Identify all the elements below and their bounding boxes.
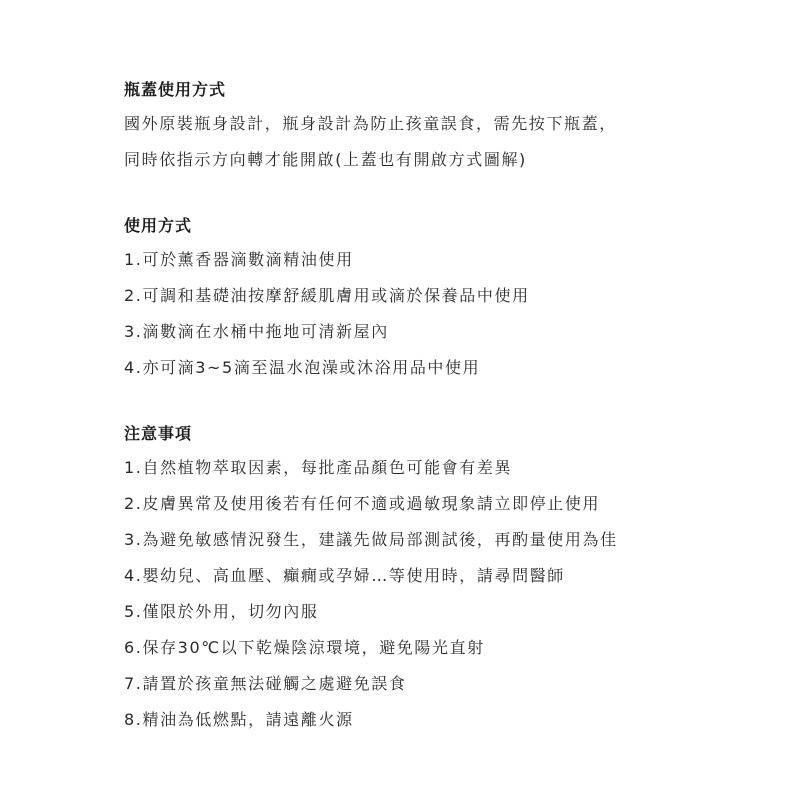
usage-item: 4.亦可滴3~5滴至温水泡澡或沐浴用品中使用 <box>124 356 744 392</box>
precaution-item: 1.自然植物萃取因素，每批產品顏色可能會有差異 <box>124 456 744 492</box>
section-precautions: 注意事項 1.自然植物萃取因素，每批產品顏色可能會有差異 2.皮膚異常及使用後若… <box>124 422 744 744</box>
section-usage: 使用方式 1.可於薰香器滴數滴精油使用 2.可調和基礎油按摩舒緩肌膚用或滴於保養… <box>124 214 744 392</box>
usage-item: 1.可於薰香器滴數滴精油使用 <box>124 248 744 284</box>
precaution-item: 3.為避免敏感情況發生，建議先做局部測試後，再酌量使用為佳 <box>124 528 744 564</box>
product-info-document: 瓶蓋使用方式 國外原裝瓶身設計，瓶身設計為防止孩童誤食，需先按下瓶蓋， 同時依指… <box>124 78 744 744</box>
precaution-item: 8.精油為低燃點，請遠離火源 <box>124 708 744 744</box>
cap-usage-line: 國外原裝瓶身設計，瓶身設計為防止孩童誤食，需先按下瓶蓋， <box>124 112 744 148</box>
precaution-item: 5.僅限於外用，切勿內服 <box>124 600 744 636</box>
section-title-usage: 使用方式 <box>124 214 744 238</box>
section-title-precautions: 注意事項 <box>124 422 744 446</box>
usage-item: 3.滴數滴在水桶中拖地可清新屋內 <box>124 320 744 356</box>
section-spacer <box>124 184 744 214</box>
precaution-item: 2.皮膚異常及使用後若有任何不適或過敏現象請立即停止使用 <box>124 492 744 528</box>
usage-item: 2.可調和基礎油按摩舒緩肌膚用或滴於保養品中使用 <box>124 284 744 320</box>
precaution-item: 6.保存30℃以下乾燥陰涼環境，避免陽光直射 <box>124 636 744 672</box>
section-title-cap-usage: 瓶蓋使用方式 <box>124 78 744 102</box>
precaution-item: 4.嬰幼兒、高血壓、癲癇或孕婦…等使用時，請尋問醫師 <box>124 564 744 600</box>
cap-usage-line: 同時依指示方向轉才能開啟(上蓋也有開啟方式圖解) <box>124 148 744 184</box>
precaution-item: 7.請置於孩童無法碰觸之處避免誤食 <box>124 672 744 708</box>
section-cap-usage: 瓶蓋使用方式 國外原裝瓶身設計，瓶身設計為防止孩童誤食，需先按下瓶蓋， 同時依指… <box>124 78 744 184</box>
section-spacer <box>124 392 744 422</box>
